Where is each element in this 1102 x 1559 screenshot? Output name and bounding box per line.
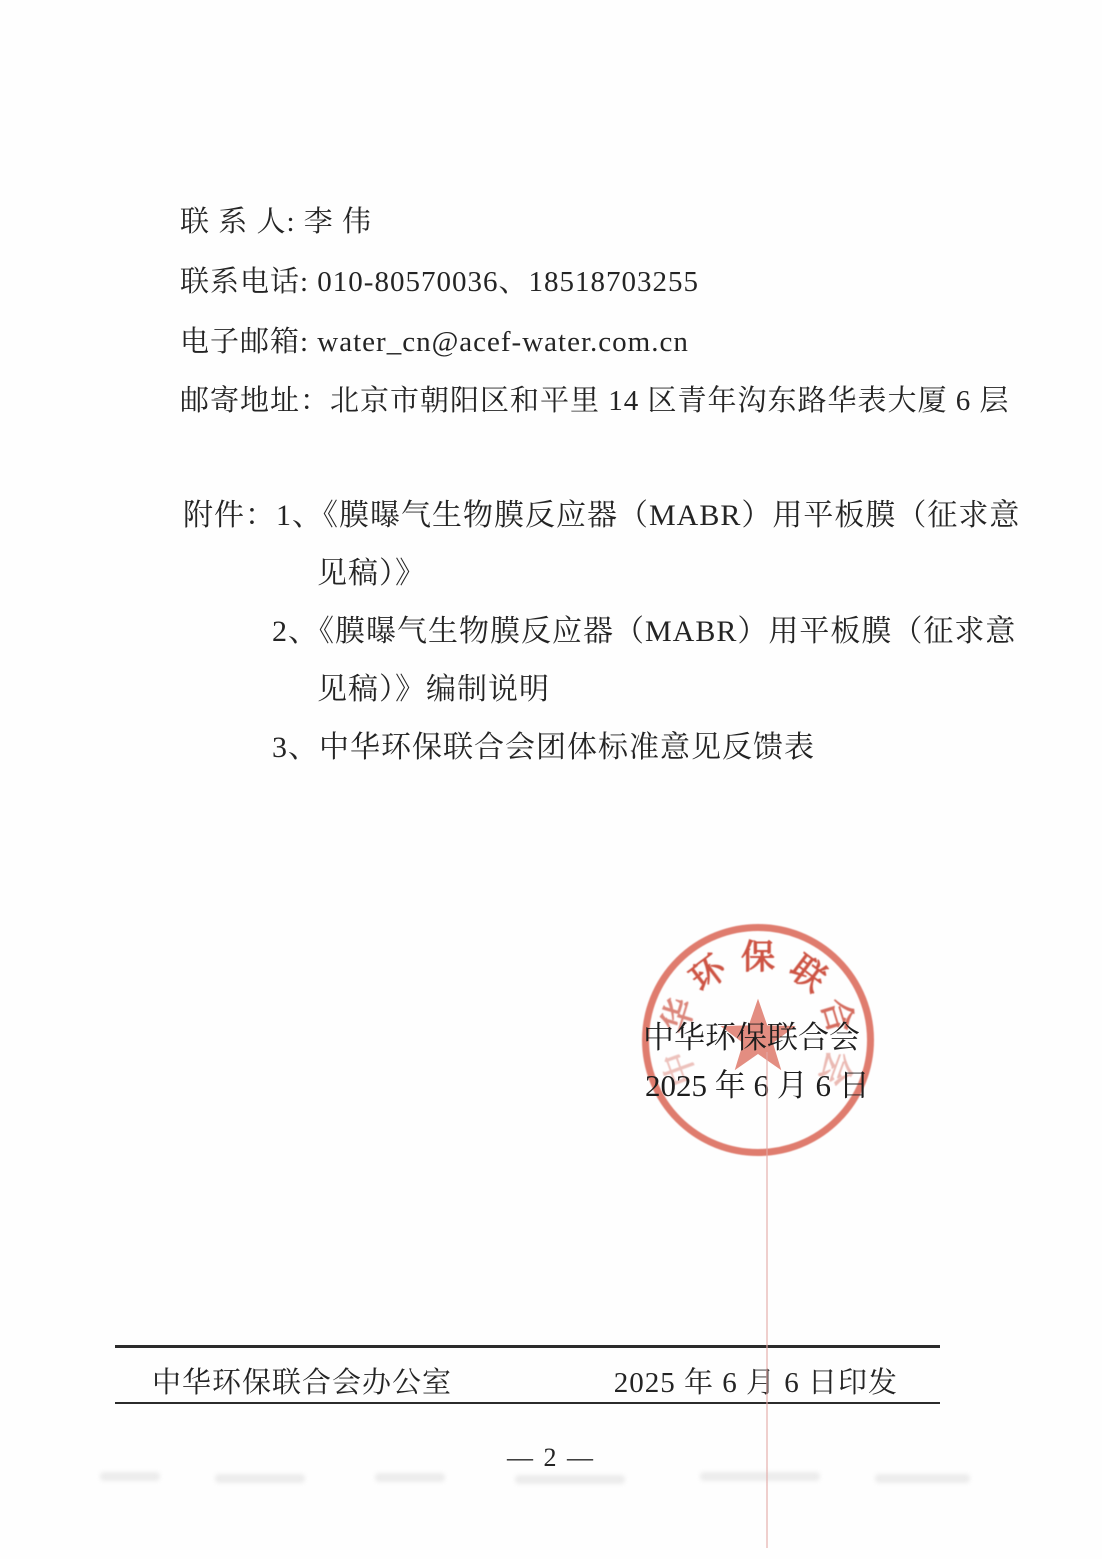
contact-email-line: 电子邮箱: water_cn@acef-water.com.cn: [180, 325, 689, 359]
bleed-through-artifact: [0, 1466, 1102, 1496]
footer-rule-bottom: [115, 1402, 940, 1404]
contact-address-line: 邮寄地址：北京市朝阳区和平里 14 区青年沟东路华表大厦 6 层: [180, 384, 1010, 418]
attachment-line-2-cont: 见稿）》编制说明: [317, 672, 550, 708]
signature-organization: 中华环保联合会: [643, 1012, 860, 1057]
document-page: 联 系 人: 李 伟 联系电话: 010-80570036、1851870325…: [0, 0, 1102, 1559]
attachment-line-3: 3、中华环保联合会团体标准意见反馈表: [272, 730, 815, 766]
attachment-line-1-cont: 见稿）》: [317, 556, 426, 592]
attachment-line-2: 2、《膜曝气生物膜反应器（MABR）用平板膜（征求意: [272, 614, 1016, 650]
footer-office: 中华环保联合会办公室: [152, 1360, 452, 1401]
contact-phone-line: 联系电话: 010-80570036、18518703255: [180, 265, 699, 299]
seal-arc-char: 保: [741, 930, 775, 979]
contact-person-line: 联 系 人: 李 伟: [180, 205, 372, 239]
fold-line-artifact: [766, 1052, 768, 1548]
seal-arc-char: 联: [781, 942, 838, 1002]
seal-arc-char: 环: [678, 942, 735, 1002]
signature-date: 2025 年 6 月 6 日: [645, 1060, 870, 1105]
footer-print-date: 2025 年 6 月 6 日印发: [614, 1360, 898, 1401]
footer-rule-top: [115, 1345, 940, 1348]
attachment-line-1: 附件：1、《膜曝气生物膜反应器（MABR）用平板膜（征求意: [183, 498, 1020, 534]
